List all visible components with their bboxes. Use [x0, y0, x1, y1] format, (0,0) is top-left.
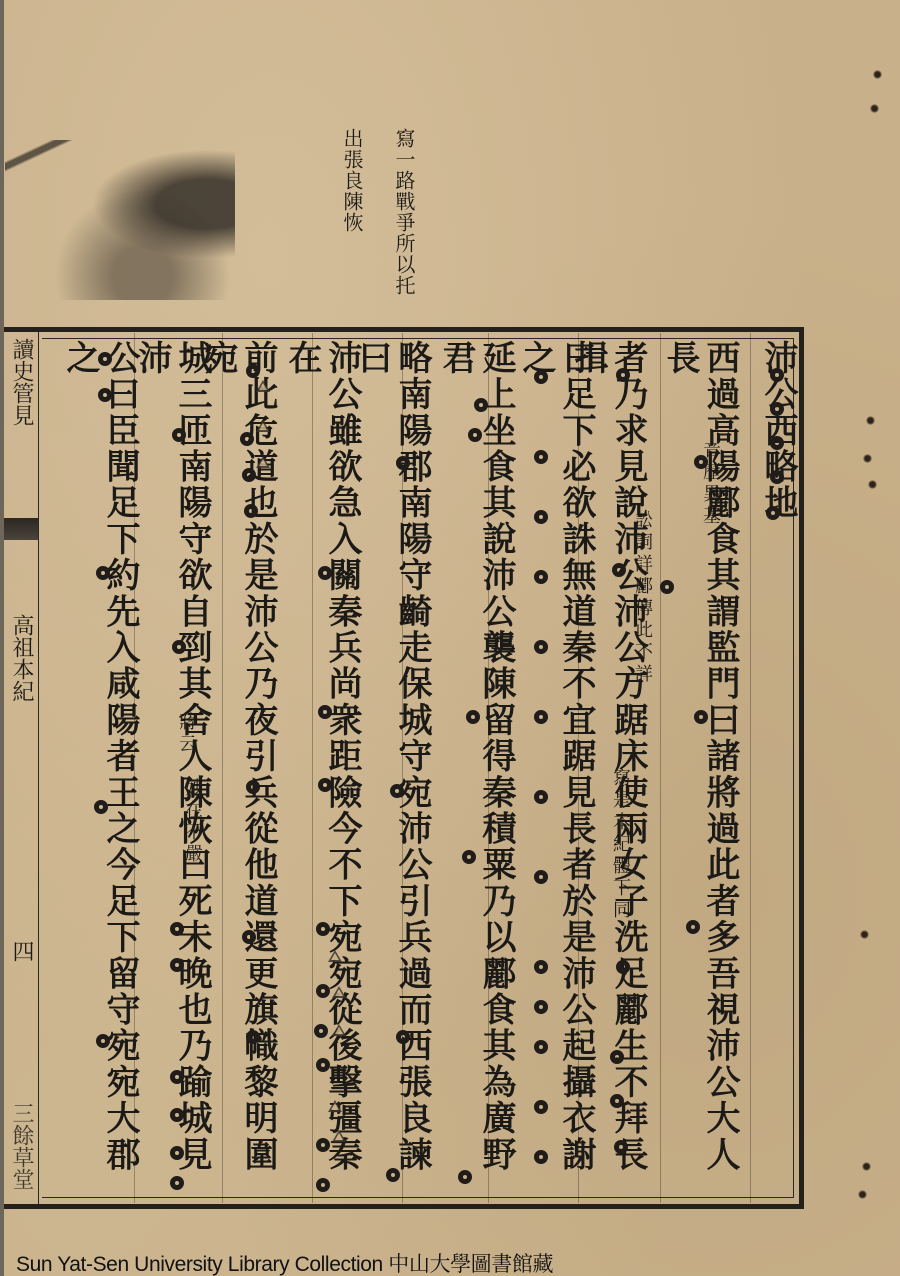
circle-mark-icon — [386, 1168, 400, 1182]
triangle-mark-icon — [256, 420, 270, 432]
banxin-strip: 讀史管見 高祖本紀 四 三餘草堂 — [4, 332, 39, 1204]
circle-mark-icon — [534, 1000, 548, 1014]
triangle-mark-icon — [328, 950, 342, 962]
circle-mark-icon — [466, 710, 480, 724]
ink-smudge — [5, 140, 235, 300]
book-title: 讀史管見 — [6, 338, 36, 426]
gloss-pronunciation: 音歷異基 — [700, 440, 720, 528]
circle-mark-icon — [244, 504, 258, 518]
circle-mark-icon — [318, 705, 332, 719]
circle-mark-icon — [616, 368, 630, 382]
circle-mark-icon — [246, 364, 260, 378]
circle-mark-icon — [534, 960, 548, 974]
circle-mark-icon — [534, 710, 548, 724]
circle-mark-icon — [390, 784, 404, 798]
circle-mark-icon — [316, 922, 330, 936]
circle-mark-icon — [770, 436, 784, 450]
circle-mark-icon — [694, 455, 708, 469]
circle-mark-icon — [458, 1170, 472, 1184]
circle-mark-icon — [534, 790, 548, 804]
circle-mark-icon — [770, 402, 784, 416]
circle-mark-icon — [534, 570, 548, 584]
circle-mark-icon — [474, 398, 488, 412]
circle-mark-icon — [612, 563, 626, 577]
circle-mark-icon — [614, 1140, 628, 1154]
collection-credit-cn: 中山大學圖書館藏 — [388, 1252, 553, 1276]
circle-mark-icon — [534, 870, 548, 884]
page-number: 四 — [6, 940, 36, 962]
text-column: 公曰臣聞足下約先入咸陽者王之今足下留守宛宛大郡之 — [60, 340, 140, 1200]
text-column: 略南陽郡南陽守齮走保城守宛沛公引兵過而西張良諫曰 — [352, 340, 432, 1200]
triangle-mark-icon — [332, 986, 346, 998]
triangle-mark-icon — [332, 1024, 346, 1036]
publisher-mark: 三餘草堂 — [6, 1102, 36, 1190]
triangle-mark-icon — [332, 1130, 346, 1142]
circle-mark-icon — [246, 780, 260, 794]
circle-mark-icon — [770, 368, 784, 382]
circle-mark-icon — [96, 566, 110, 580]
circle-mark-icon — [94, 800, 108, 814]
circle-mark-icon — [318, 566, 332, 580]
circle-mark-icon — [316, 1138, 330, 1152]
circle-mark-icon — [660, 580, 674, 594]
triangle-mark-icon — [328, 1100, 342, 1112]
circle-mark-icon — [534, 640, 548, 654]
circle-mark-icon — [96, 1034, 110, 1048]
circle-mark-icon — [534, 450, 548, 464]
gloss-commentary: 訟詞詳酈傳此不詳 — [632, 510, 652, 686]
collection-credit: Sun Yat-Sen University Library Collectio… — [16, 1248, 553, 1276]
circle-mark-icon — [686, 920, 700, 934]
circle-mark-icon — [534, 510, 548, 524]
circle-mark-icon — [534, 1150, 548, 1164]
column-rule — [750, 333, 751, 1203]
circle-mark-icon — [694, 710, 708, 724]
circle-mark-icon — [316, 1058, 330, 1072]
marginal-note-col1: 寫一路戰爭所以托 — [392, 128, 416, 328]
circle-mark-icon — [246, 1030, 260, 1044]
circle-mark-icon — [616, 960, 630, 974]
circle-mark-icon — [242, 930, 256, 944]
circle-mark-icon — [170, 958, 184, 972]
circle-mark-icon — [172, 640, 186, 654]
circle-mark-icon — [240, 432, 254, 446]
fishtail-mark — [4, 518, 38, 540]
circle-mark-icon — [170, 922, 184, 936]
circle-mark-icon — [534, 1100, 548, 1114]
text-column-heading: 沛公西略地 — [758, 340, 798, 1200]
circle-mark-icon — [316, 984, 330, 998]
circle-mark-icon — [242, 468, 256, 482]
marginal-note-col2: 出張良陳恢 — [340, 128, 364, 328]
circle-mark-icon — [316, 1178, 330, 1192]
circle-mark-icon — [396, 456, 410, 470]
gloss-commentary: 寫是本紀體下同 — [610, 768, 630, 922]
gloss-annotation: 蔣云 — [176, 712, 196, 756]
circle-mark-icon — [534, 1040, 548, 1054]
circle-mark-icon — [318, 778, 332, 792]
circle-mark-icon — [766, 506, 780, 520]
circle-mark-icon — [172, 428, 186, 442]
chapter-title: 高祖本紀 — [6, 614, 36, 702]
text-column: 曰足下必欲誅無道秦不宜踞見長者於是沛公起攝衣謝之 — [516, 340, 596, 1200]
circle-mark-icon — [534, 370, 548, 384]
circle-mark-icon — [170, 1146, 184, 1160]
circle-mark-icon — [170, 1176, 184, 1190]
gloss-annotation: 妙在不嚴 — [182, 778, 202, 866]
circle-mark-icon — [610, 1050, 624, 1064]
triangle-mark-icon — [256, 380, 270, 392]
circle-mark-icon — [468, 428, 482, 442]
circle-mark-icon — [314, 1024, 328, 1038]
circle-mark-icon — [462, 850, 476, 864]
circle-mark-icon — [170, 1070, 184, 1084]
circle-mark-icon — [610, 1094, 624, 1108]
circle-mark-icon — [98, 352, 112, 366]
text-column: 延上坐食其說沛公襲陳留得秦積粟乃以酈食其為廣野君 — [436, 340, 516, 1200]
circle-mark-icon — [770, 470, 784, 484]
circle-mark-icon — [98, 388, 112, 402]
circle-mark-icon — [396, 1030, 410, 1044]
circle-mark-icon — [170, 1108, 184, 1122]
collection-credit-en: Sun Yat-Sen University Library Collectio… — [16, 1253, 383, 1276]
triangle-mark-icon — [256, 456, 270, 468]
